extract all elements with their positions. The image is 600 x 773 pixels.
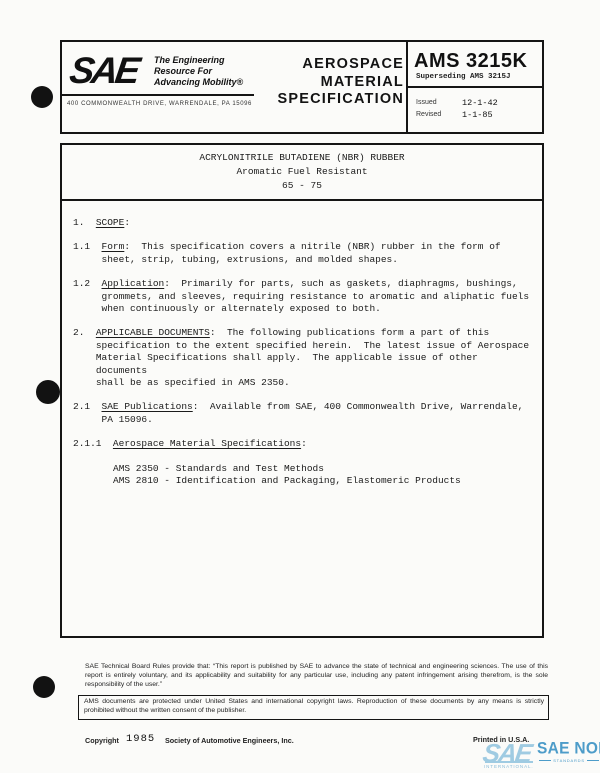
spec-title-line3: 65 - 75 xyxy=(62,179,542,193)
ams-document-list: AMS 2350 - Standards and Test Methods AM… xyxy=(113,463,534,488)
punch-hole-dot xyxy=(31,86,53,108)
document-type-title: AEROSPACE MATERIAL SPECIFICATION xyxy=(262,56,404,109)
section-1-2-application: 1.2 Application: Primarily for parts, su… xyxy=(73,278,534,315)
section-number: 2.1 xyxy=(73,401,102,426)
logo-divider-rule xyxy=(62,94,254,96)
spec-title-line2: Aromatic Fuel Resistant xyxy=(62,165,542,179)
section-2-applicable-documents: 2. APPLICABLE DOCUMENTS: The following p… xyxy=(73,327,534,389)
section-heading: Form xyxy=(102,241,125,252)
section-heading: SAE Publications xyxy=(102,401,193,412)
header-box: SAE The Engineering Resource For Advanci… xyxy=(60,40,544,134)
section-number: 1.1 xyxy=(73,241,102,266)
section-heading: SCOPE xyxy=(96,217,125,228)
section-text: : xyxy=(124,217,130,228)
watermark-sae-norm-label: SAE NORM xyxy=(537,740,600,759)
section-number: 1. xyxy=(73,217,96,229)
tagline-left-line xyxy=(539,760,551,761)
spec-title-line1: ACRYLONITRILE BUTADIENE (NBR) RUBBER xyxy=(62,151,542,165)
section-number: 2. xyxy=(73,327,96,389)
section-text: : Primarily for parts, such as gaskets, … xyxy=(102,278,530,314)
sae-norm-watermark: SAE INTERNATIONAL. SAE NORM STANDARDS xyxy=(483,740,600,773)
section-heading: APPLICABLE DOCUMENTS xyxy=(96,327,210,338)
punch-hole-dot xyxy=(36,380,60,404)
header-horizontal-divider xyxy=(408,86,544,88)
section-number: 1.2 xyxy=(73,278,102,315)
section-heading: Aerospace Material Specifications xyxy=(113,438,301,449)
watermark-international-label: INTERNATIONAL. xyxy=(484,764,534,769)
section-number: 2.1.1 xyxy=(73,438,113,450)
revised-label: Revised xyxy=(416,111,441,118)
sae-logo: SAE xyxy=(67,52,139,89)
copyright-label: Copyright xyxy=(85,736,119,745)
tagline-text: STANDARDS xyxy=(553,758,585,763)
issued-date: 12-1-42 xyxy=(462,98,498,108)
tagline-right-line xyxy=(587,760,599,761)
sae-address: 400 COMMONWEALTH DRIVE, WARRENDALE, PA 1… xyxy=(67,101,252,107)
printed-in-usa: Printed in U.S.A. xyxy=(473,735,529,744)
section-text: : xyxy=(301,438,307,449)
watermark-tagline: STANDARDS xyxy=(539,758,599,763)
section-heading: Application xyxy=(102,278,165,289)
sae-tagline: The Engineering Resource For Advancing M… xyxy=(154,55,243,88)
copyright-owner: Society of Automotive Engineers, Inc. xyxy=(165,736,294,745)
spec-number: AMS 3215K xyxy=(414,50,527,73)
spec-text: 1. SCOPE: 1.1 Form: This specification c… xyxy=(62,201,542,488)
punch-hole-dot xyxy=(33,676,55,698)
revised-date: 1-1-85 xyxy=(462,110,493,120)
technical-board-rules-note: SAE Technical Board Rules provide that: … xyxy=(85,663,548,689)
superseding-note: Superseding AMS 3215J xyxy=(416,73,511,81)
watermark-underline xyxy=(485,761,533,763)
spec-title-block: ACRYLONITRILE BUTADIENE (NBR) RUBBER Aro… xyxy=(62,145,542,201)
section-text: : This specification covers a nitrile (N… xyxy=(102,241,501,264)
issued-label: Issued xyxy=(416,99,437,106)
section-2-1-1-aerospace-material-specs: 2.1.1 Aerospace Material Specifications: xyxy=(73,438,534,450)
section-2-1-sae-publications: 2.1 SAE Publications: Available from SAE… xyxy=(73,401,534,426)
copyright-year: 1985 xyxy=(126,733,155,745)
section-1-1-form: 1.1 Form: This specification covers a ni… xyxy=(73,241,534,266)
copyright-protection-box: AMS documents are protected under United… xyxy=(78,695,549,720)
specification-body-box: ACRYLONITRILE BUTADIENE (NBR) RUBBER Aro… xyxy=(60,143,544,638)
section-1-scope: 1. SCOPE: xyxy=(73,217,534,229)
